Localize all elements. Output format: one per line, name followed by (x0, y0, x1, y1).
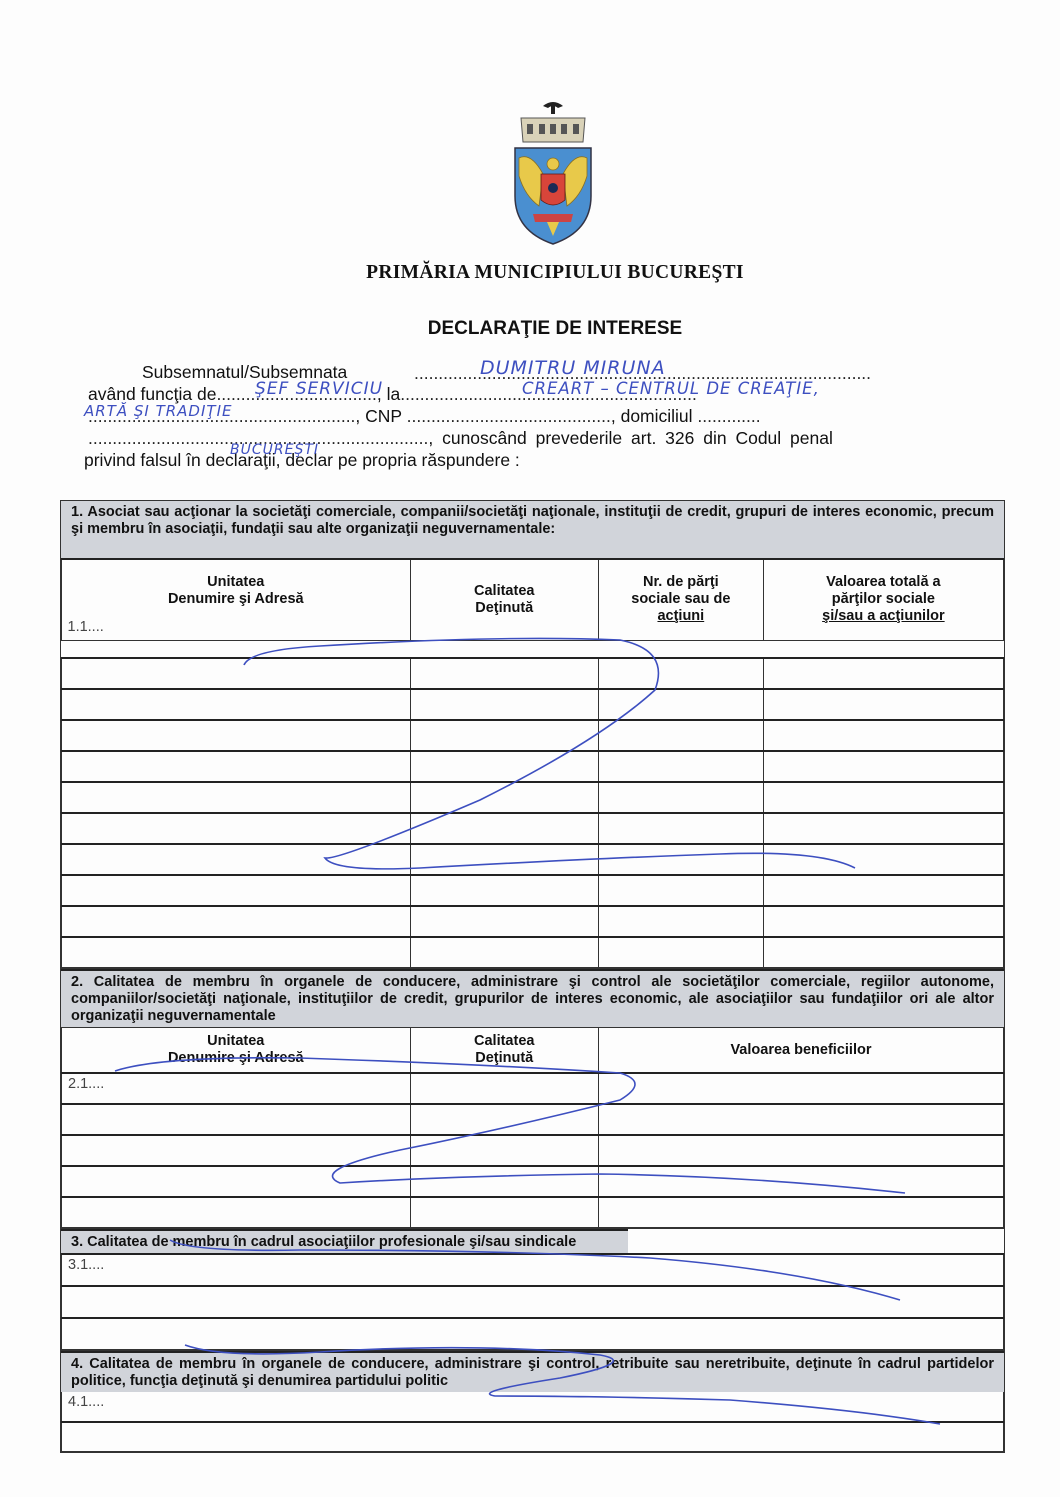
s3-row-1[interactable]: 3.1.... (62, 1254, 1004, 1286)
handwritten-institution-2[interactable]: ARTĂ ŞI TRADIŢIE (84, 402, 232, 420)
domicile-label: , domiciliul (611, 406, 693, 426)
section-3: 3. Calitatea de membru în cadrul asociaţ… (60, 1229, 1005, 1351)
table-row[interactable] (62, 1104, 1004, 1135)
table-row[interactable] (62, 813, 1004, 844)
document-title: DECLARAŢIE DE INTERESE (0, 318, 1060, 340)
table-row[interactable] (62, 875, 1004, 906)
section-1-table: UnitateaDenumire şi Adresă CalitateaDeţi… (61, 558, 1004, 968)
table-row[interactable] (62, 1286, 1004, 1318)
table-row[interactable] (62, 658, 1004, 689)
table-row[interactable] (62, 1318, 1004, 1350)
function-label: având funcţia de (88, 384, 216, 404)
table-row[interactable] (62, 1166, 1004, 1197)
table-row[interactable]: 3.1.... (62, 1254, 1004, 1286)
table-row[interactable] (62, 720, 1004, 751)
table-row[interactable]: 4.1.... (62, 1392, 1004, 1422)
s1-row-1[interactable]: 1.1.... (62, 619, 411, 637)
declaration-page: PRIMĂRIA MUNICIPIULUI BUCUREŞTI DECLARAŢ… (0, 0, 1060, 1497)
s2-col-quality: CalitateaDeţinută (410, 1028, 598, 1074)
handwritten-name[interactable]: DUMITRU MIRUNA (480, 357, 666, 379)
table-row[interactable] (62, 1197, 1004, 1228)
table-row[interactable] (62, 906, 1004, 937)
table-row[interactable] (62, 844, 1004, 875)
table-row[interactable] (62, 751, 1004, 782)
section-4-title: 4. Calitatea de membru în organele de co… (61, 1351, 1004, 1392)
section-3-table: 3.1.... (61, 1253, 1004, 1350)
s2-col-benefits: Valoarea beneficiilor (598, 1028, 1003, 1074)
section-4: 4. Calitatea de membru în organele de co… (60, 1351, 1005, 1453)
s4-row-1[interactable]: 4.1.... (62, 1392, 1004, 1422)
s1-col-value: Valoarea totală apărţilor socialeşi/sau … (763, 559, 1003, 641)
section-3-title: 3. Calitatea de membru în cadrul asociaţ… (61, 1229, 628, 1253)
knowing-label: , cunoscând prevederile art. 326 din Cod… (428, 428, 833, 448)
handwritten-institution-1[interactable]: CREART – CENTRUL DE CREAŢIE, (522, 379, 820, 398)
section-1-title: 1. Asociat sau acţionar la societăţi com… (61, 501, 1004, 558)
table-row[interactable] (62, 689, 1004, 720)
section-2: 2. Calitatea de membru în organele de co… (60, 969, 1005, 1229)
interests-form: 1. Asociat sau acţionar la societăţi com… (60, 500, 1005, 1453)
section-1: 1. Asociat sau acţionar la societăţi com… (60, 500, 1005, 969)
cnp-label: , CNP (355, 406, 401, 426)
handwritten-domicile[interactable]: BUCUREŞTI (230, 442, 319, 458)
table-row[interactable]: 2.1.... (62, 1073, 1004, 1104)
table-row[interactable] (62, 782, 1004, 813)
s2-row-1[interactable]: 2.1.... (62, 1073, 411, 1104)
section-2-title: 2. Calitatea de membru în organele de co… (61, 969, 1004, 1027)
s1-col-quality: CalitateaDeţinută (410, 559, 598, 641)
s2-col-unit: UnitateaDenumire şi Adresă (62, 1028, 411, 1074)
institution-name: PRIMĂRIA MUNICIPIULUI BUCUREŞTI (0, 262, 1060, 284)
s1-col-shares: Nr. de părţisociale sau deacţiuni (598, 559, 763, 641)
table-row[interactable] (62, 1135, 1004, 1166)
section-2-table: UnitateaDenumire şi Adresă CalitateaDeţi… (61, 1027, 1004, 1228)
section-4-table: 4.1.... (61, 1392, 1004, 1452)
handwritten-function[interactable]: ŞEF SERVICIU (255, 379, 383, 399)
bucharest-coat-of-arms-icon (503, 96, 603, 246)
table-row[interactable] (62, 937, 1004, 968)
table-row[interactable] (62, 1422, 1004, 1452)
knowing-line: ........................................… (88, 427, 833, 449)
